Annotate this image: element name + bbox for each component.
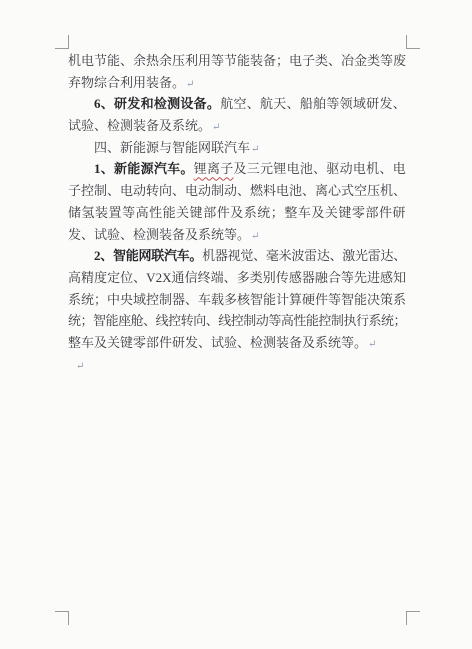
text-run: 发、试验、检测装备及系统等。: [68, 227, 250, 242]
text-run: 及三元锂电池、驱动电机、电: [233, 161, 406, 176]
text-line: 机电节能、余热余压利用等节能装备；电子类、冶金类等废: [68, 50, 406, 72]
text-line: 整车及关键零部件研发、试验、检测装备及系统等。↵: [68, 332, 406, 354]
paragraph-mark-icon: ↵: [251, 231, 259, 242]
paragraph-mark-icon: ↵: [251, 144, 259, 155]
text-line: 子控制、电动转向、电动制动、燃料电池、离心式空压机、: [68, 180, 406, 202]
text-boundary-mark-top-right: [406, 35, 420, 49]
text-line: 1、新能源汽车。锂离子及三元锂电池、驱动电机、电: [68, 158, 406, 180]
text-line: ↵: [68, 354, 406, 376]
text-line: 发、试验、检测装备及系统等。↵: [68, 224, 406, 246]
bold-run: 1、新能源汽车。: [94, 161, 194, 176]
text-run: 试验、检测装备及系统。: [68, 118, 211, 133]
text-run: 航空、航天、船舶等领域研发、: [220, 96, 406, 111]
para-section-4-heading: 四、新能源与智能网联汽车↵: [68, 137, 406, 159]
text-run: 机电节能、余热余压利用等节能装备；电子类、冶金类等废: [68, 53, 406, 68]
text-run: 机器视觉、毫米波雷达、激光雷达、: [202, 248, 406, 263]
text-boundary-mark-bottom-left: [55, 611, 69, 625]
paragraph-mark-icon: ↵: [368, 339, 376, 350]
text-line: 系统；中央域控制器、车载多核智能计算硬件等智能决策系: [68, 289, 406, 311]
bold-run: 2、智能网联汽车。: [94, 248, 202, 263]
text-line: 高精度定位、V2X通信终端、多类别传感器融合等先进感知: [68, 267, 406, 289]
text-line: 储氢装置等高性能关键部件及系统；整车及关键零部件研: [68, 202, 406, 224]
text-run: 弃物综合利用装备。: [68, 75, 185, 90]
para-1-new-energy-vehicles: 1、新能源汽车。锂离子及三元锂电池、驱动电机、电子控制、电动转向、电动制动、燃料…: [68, 158, 406, 245]
para-energy-saving-equipment: 机电节能、余热余压利用等节能装备；电子类、冶金类等废弃物综合利用装备。↵: [68, 50, 406, 93]
text-run: 整车及关键零部件研发、试验、检测装备及系统等。: [68, 335, 367, 350]
para-empty: ↵: [68, 354, 406, 376]
paragraph-mark-icon: ↵: [212, 122, 220, 133]
text-line: 6、研发和检测设备。航空、航天、船舶等领域研发、: [68, 93, 406, 115]
text-line: 统；智能座舱、线控转向、线控制动等高性能控制执行系统；: [68, 310, 406, 332]
text-run: 高精度定位、V2X通信终端、多类别传感器融合等先进感知: [68, 270, 406, 285]
text-block: 机电节能、余热余压利用等节能装备；电子类、冶金类等废弃物综合利用装备。↵6、研发…: [68, 50, 406, 375]
para-6-rd-and-testing-equipment: 6、研发和检测设备。航空、航天、船舶等领域研发、试验、检测装备及系统。↵: [68, 93, 406, 136]
text-run: 锂离子: [194, 161, 234, 176]
text-boundary-mark-bottom-right: [406, 611, 420, 625]
paragraph-mark-icon: ↵: [76, 361, 84, 372]
document-page: 机电节能、余热余压利用等节能装备；电子类、冶金类等废弃物综合利用装备。↵6、研发…: [0, 0, 472, 649]
text-run: 四、新能源与智能网联汽车: [94, 140, 250, 155]
text-run: 储氢装置等高性能关键部件及系统；整车及关键零部件研: [68, 205, 406, 220]
text-line: 弃物综合利用装备。↵: [68, 72, 406, 94]
text-line: 2、智能网联汽车。机器视觉、毫米波雷达、激光雷达、: [68, 245, 406, 267]
text-run: 子控制、电动转向、电动制动、燃料电池、离心式空压机、: [68, 183, 406, 198]
text-run: 统；智能座舱、线控转向、线控制动等高性能控制执行系统；: [68, 313, 406, 328]
paragraph-mark-icon: ↵: [186, 79, 194, 90]
text-line: 试验、检测装备及系统。↵: [68, 115, 406, 137]
text-boundary-mark-top-left: [55, 35, 69, 49]
text-line: 四、新能源与智能网联汽车↵: [68, 137, 406, 159]
text-run: 系统；中央域控制器、车载多核智能计算硬件等智能决策系: [68, 292, 406, 307]
bold-run: 6、研发和检测设备。: [94, 96, 220, 111]
para-2-intelligent-connected-vehicles: 2、智能网联汽车。机器视觉、毫米波雷达、激光雷达、高精度定位、V2X通信终端、多…: [68, 245, 406, 353]
